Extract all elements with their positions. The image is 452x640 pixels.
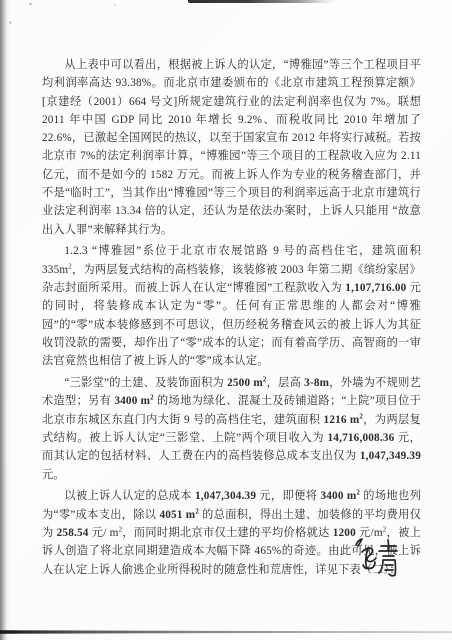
scan-speck	[29, 3, 32, 5]
signature-scribble-icon	[349, 534, 405, 586]
handwritten-signature	[349, 534, 405, 586]
page-number: 6	[212, 544, 216, 554]
scan-edge-shadow	[0, 0, 11, 640]
scanned-document-page: 从上表中可以看出，根据被上诉人的认定，“博雅园”等三个工程项目平均利润率高达 9…	[0, 0, 452, 640]
scan-speck	[114, 4, 116, 6]
paragraph-1-2-3-boyayuan: 1.2.3 “博雅园”系位于北京市农展馆路 9 号的高档住宅，建筑面积 335m…	[42, 242, 421, 370]
scan-artifact-line-top	[188, 0, 335, 3]
scan-artifact-line-bottom	[0, 630, 452, 634]
paragraph-sanyingtang-shangyuan: “三影堂”的土建、及装饰面积为 2500 m2，层高 3-8m，外墙为不规则艺术…	[42, 374, 421, 484]
scan-speck	[9, 21, 12, 24]
document-body: 从上表中可以看出，根据被上诉人的认定，“博雅园”等三个工程项目平均利润率高达 9…	[42, 56, 421, 582]
paragraph-overview: 从上表中可以看出，根据被上诉人的认定，“博雅园”等三个工程项目平均利润率高达 9…	[42, 56, 421, 239]
